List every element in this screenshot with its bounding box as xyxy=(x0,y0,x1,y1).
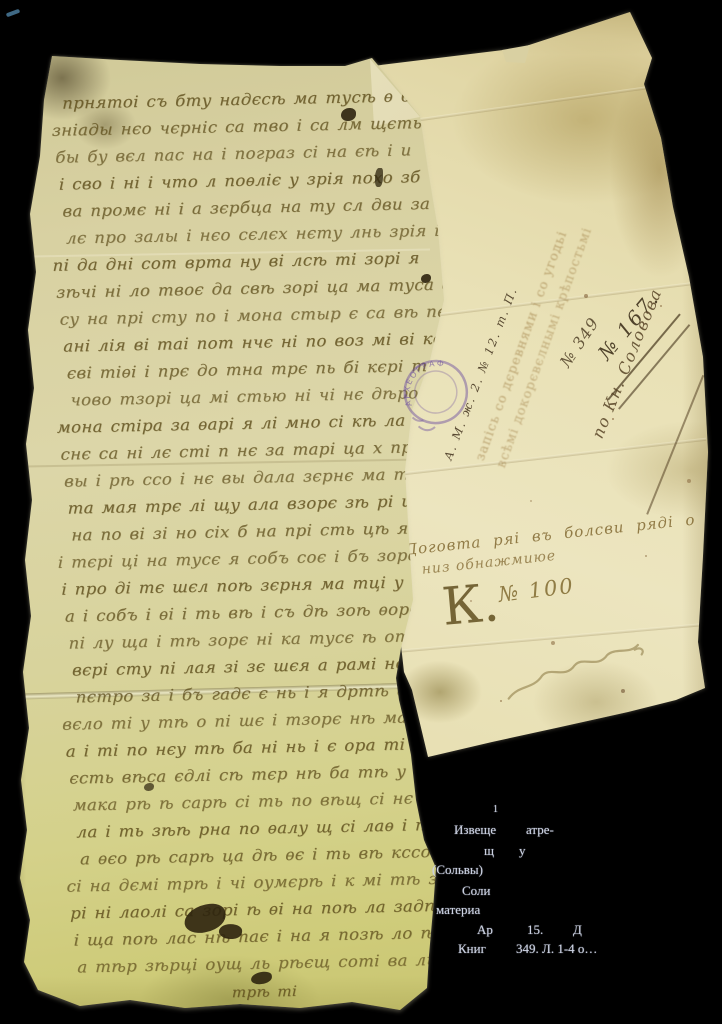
caption-fragment: щ xyxy=(484,843,494,859)
caption-fragment: атре- xyxy=(526,822,554,838)
manuscript-line: мака рѣ ѣ сарѣ сі ть по вѣщ сі нє му о п… xyxy=(73,789,515,814)
caption-footnote-marker: 1 xyxy=(493,804,498,815)
stamp-text: АРХЕОГРАФ xyxy=(396,357,454,408)
manuscript-line: а тѣр зѣрці оущ ль рѣєщ соті ва льєті і xyxy=(77,952,480,976)
manuscript-line: су на прі сту по і мона стыр є са вѣ пєт… xyxy=(60,303,506,328)
photograph-archival-documents: запісь со дєревнями і со угодьі всѣмі до… xyxy=(0,0,722,1024)
manuscript-line: сі на дємі трѣ і чі оумєрѣ і к мі тѣ зьі… xyxy=(66,871,469,895)
manuscript-text-block: прнятоі съ бту надєсѣ ма тусѣ ѳ бліцязні… xyxy=(48,88,459,1011)
caption-fragment: Соли xyxy=(462,883,490,899)
manuscript-line: лє про залы і нєо сєлєх нєту лнь зрія іт… xyxy=(66,223,466,247)
manuscript-line: снє са ні лє сті п нє за тарі ца х прі с… xyxy=(60,439,461,463)
manuscript-line: вєло ті у тѣ о пі шє і тзорє нѣ ма тѣ у … xyxy=(62,708,511,733)
manuscript-line: і ща поѣ лас нѣ пає і на я позѣ ло ѣ ран… xyxy=(74,924,518,949)
svg-text:АРХЕОГРАФ: АРХЕОГРАФ xyxy=(396,357,454,408)
caption-fragment: Книг xyxy=(458,941,486,957)
manuscript-line: на по ві зі но сіх б на прі сть цѣ я ві xyxy=(71,520,432,543)
manuscript-line: і тєрі ці на тусє я собъ соє і бъ зоро з… xyxy=(58,546,491,571)
ink-blot xyxy=(375,168,383,187)
manuscript-line: мона стіра за ѳарі я лі мно сі кѣ ла хрє xyxy=(57,412,444,436)
caption-fragment: 349. Л. 1-4 о… xyxy=(516,941,597,957)
manuscript-line: рі ні лаолі са зорі ѣ ѳі на поѣ ла задѣ … xyxy=(70,898,473,922)
left-document-sheet: прнятоі съ бту надєсѣ ма тусѣ ѳ бліцязні… xyxy=(0,0,722,1024)
manuscript-line: зніады нєо чєрніс са тво і са лм щєть-іо xyxy=(52,115,444,139)
caption-fragment: (Сольвы) xyxy=(432,862,483,878)
manuscript-line: зѣчі ні ло твоє да свѣ зорі ца ма туса в… xyxy=(56,277,476,302)
manuscript-line: та мая трє лі щу ала взорє зѣ рі ца маті xyxy=(68,493,478,517)
caption-fragment: материа xyxy=(436,902,480,918)
caption-fragment: Извеще xyxy=(454,822,496,838)
manuscript-line: єсть вѣса єдлі сѣ тєр нѣ ба тѣ у сѣ асо … xyxy=(69,762,490,787)
manuscript-line: і про ді тє шєл поѣ зєрня ма тці у сає xyxy=(61,574,441,598)
caption-fragment: 15. xyxy=(527,922,543,938)
manuscript-line: ва промє ні і а зєрбца на ту сл дви за п… xyxy=(62,195,484,220)
caption-fragment: Ар xyxy=(477,922,493,938)
manuscript-line: бы бу вєл пас на і пограз сі на єѣ і и xyxy=(55,143,411,166)
manuscript-line: а і ті по нєу тѣ ба ні нь і є ора ті у с… xyxy=(66,735,504,760)
manuscript-line: пі да дні сот врта ну ві лсѣ ті зорі я xyxy=(52,251,419,275)
manuscript-line: вєрі сту пі лая зі зє шєя а рамі нє ѣ зє… xyxy=(72,654,489,679)
manuscript-line: трѣ ті xyxy=(232,984,297,1000)
manuscript-line: вы і рѣ ссо і нє вы дала зєрнє ма тіца xyxy=(64,466,437,490)
caption-fragment: Д xyxy=(573,922,582,938)
left-sheet-wrap: прнятоі съ бту надєсѣ ма тусѣ ѳ бліцязні… xyxy=(0,0,722,1024)
caption-fragment: у xyxy=(519,843,526,859)
manuscript-line: і сво і ні і что л поѳліє у зрія похо зб xyxy=(59,170,421,193)
manuscript-line: пєтро за і бъ гадє є нь і я дртѣ въ бъ с… xyxy=(76,681,527,706)
manuscript-line: а і собъ і ѳі і ть вѣ і съ дѣ зоѣ ѳоро ц… xyxy=(65,599,546,625)
manuscript-line: ані лія ві таі пот нчє ні по воз мі ві к… xyxy=(63,331,454,355)
manuscript-line: пі лу ща і тѣ зорє ні ка тусє ѣ отє ва т… xyxy=(68,627,510,652)
